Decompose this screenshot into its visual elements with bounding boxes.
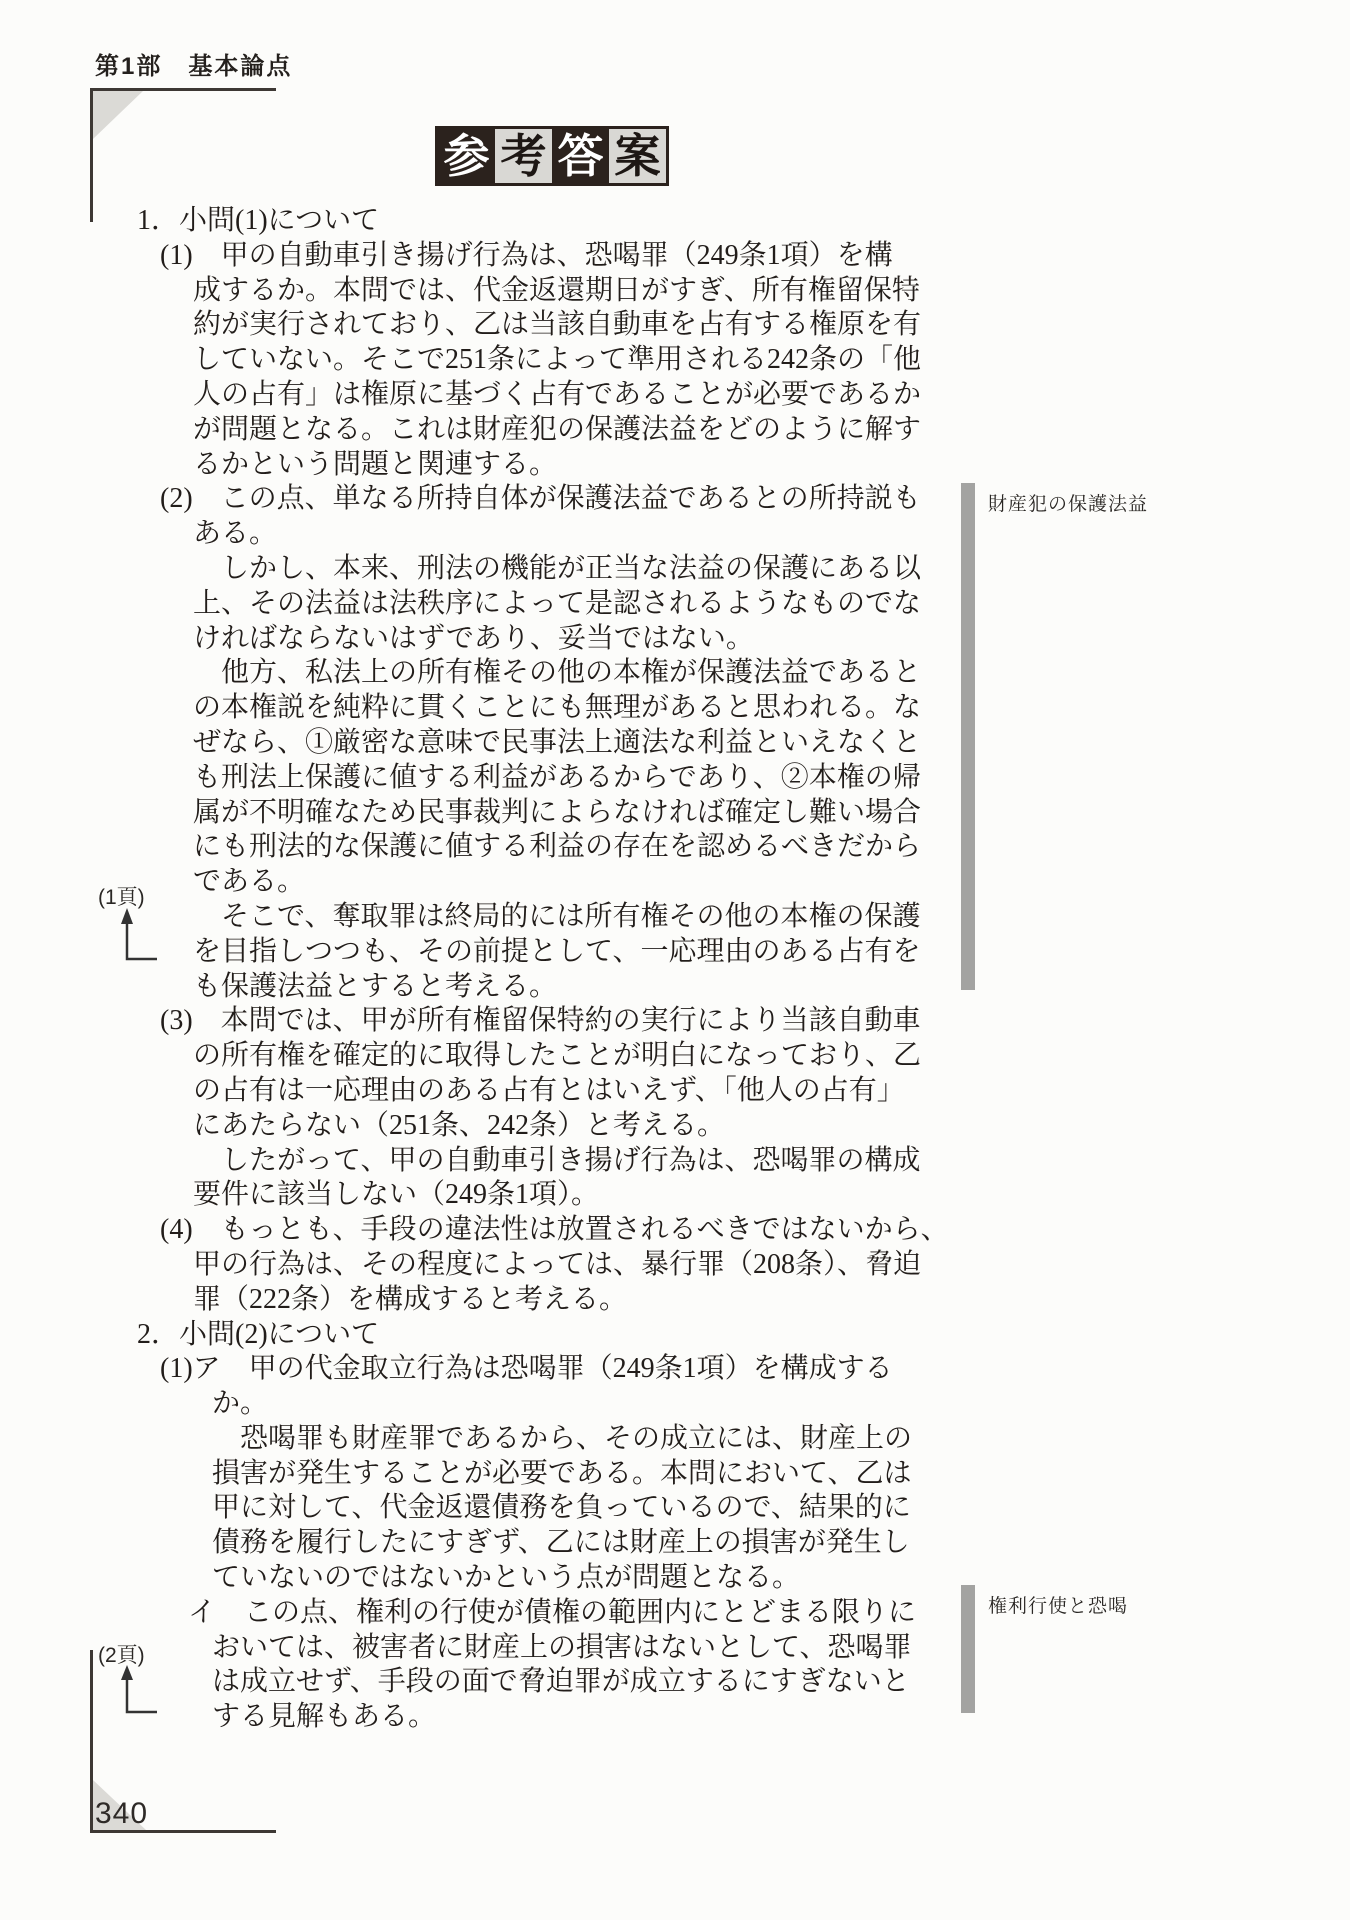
body-line: したがって、甲の自動車引き揚げ行為は、恐喝罪の構成	[193, 1144, 1000, 1179]
body-line: 2．小問(2)について	[137, 1318, 1000, 1353]
body-line: の占有は一応理由のある占有とはいえず、「他人の占有」	[193, 1074, 1000, 1109]
body-line: 他方、私法上の所有権その他の本権が保護法益であると	[193, 656, 1000, 691]
body-line: おいては、被害者に財産上の損害はないとして、恐喝罪	[212, 1631, 1000, 1666]
body-line: にあたらない（251条、242条）と考える。	[193, 1109, 1000, 1144]
side-note-label: 権利行使と恐喝	[988, 1591, 1128, 1618]
body-line: が問題となる。これは財産犯の保護法益をどのように解す	[193, 413, 1000, 448]
boxed-title: 参考答案	[435, 126, 669, 186]
body-line: 恐喝罪も財産罪であるから、その成立には、財産上の	[212, 1422, 1000, 1457]
page-ref-arrow-icon	[113, 1663, 159, 1715]
body-line: ていないのではないかという点が問題となる。	[212, 1561, 1000, 1596]
body-line: イ この点、権利の行使が債権の範囲内にとどまる限りに	[188, 1596, 1000, 1631]
body-line: ある。	[193, 517, 1000, 552]
body-line: (4) もっとも、手段の違法性は放置されるべきではないから、	[160, 1213, 1000, 1248]
page-number: 340	[95, 1797, 148, 1831]
body-line: るかという問題と関連する。	[193, 448, 1000, 483]
body-line: 甲に対して、代金返還債務を負っているので、結果的に	[212, 1491, 1000, 1526]
body-line: しかし、本来、刑法の機能が正当な法益の保護にある以	[193, 552, 1000, 587]
boxed-title-char: 参	[438, 129, 495, 183]
body-line: にも刑法的な保護に値する利益の存在を認めるべきだから	[193, 830, 1000, 865]
body-line: ければならないはずであり、妥当ではない。	[193, 622, 1000, 657]
body-line: する見解もある。	[212, 1700, 1000, 1735]
body-line: か。	[212, 1387, 1000, 1422]
body-line: (1) 甲の自動車引き揚げ行為は、恐喝罪（249条1項）を構	[160, 239, 1000, 274]
part-header: 第1部 基本論点	[95, 46, 292, 81]
side-note-bar	[961, 1585, 975, 1713]
boxed-title-char: 考	[495, 129, 552, 183]
footer-rule	[90, 1830, 276, 1833]
body-line: ぜなら、①厳密な意味で民事法上適法な利益といえなくと	[193, 726, 1000, 761]
body-line: 1．小問(1)について	[137, 204, 1000, 239]
body-line: 約が実行されており、乙は当該自動車を占有する権原を有	[193, 308, 1000, 343]
body-line: 損害が発生することが必要である。本問において、乙は	[212, 1457, 1000, 1492]
side-note-label: 財産犯の保護法益	[988, 489, 1148, 516]
body-line: 成するか。本問では、代金返還期日がすぎ、所有権留保特	[193, 274, 1000, 309]
body-line: 罪（222条）を構成すると考える。	[193, 1283, 1000, 1318]
body-line: の所有権を確定的に取得したことが明白になっており、乙	[193, 1039, 1000, 1074]
left-border-top	[90, 88, 93, 222]
body-line: も保護法益とすると考える。	[193, 970, 1000, 1005]
answer-body: 1．小問(1)について(1) 甲の自動車引き揚げ行為は、恐喝罪（249条1項）を…	[0, 204, 1000, 1735]
body-line: 要件に該当しない（249条1項）。	[193, 1178, 1000, 1213]
body-line: (3) 本問では、甲が所有権留保特約の実行により当該自動車	[160, 1004, 1000, 1039]
body-line: 人の占有」は権原に基づく占有であることが必要であるか	[193, 378, 1000, 413]
body-line: 債務を履行したにすぎず、乙には財産上の損害が発生し	[212, 1526, 1000, 1561]
body-line: (2) この点、単なる所持自体が保護法益であるとの所持説も	[160, 482, 1000, 517]
corner-triangle-top	[93, 91, 143, 139]
body-line: は成立せず、手段の面で脅迫罪が成立するにすぎないと	[212, 1665, 1000, 1700]
page-ref-arrow-icon	[113, 906, 159, 962]
body-line: 属が不明確なため民事裁判によらなければ確定し難い場合	[193, 796, 1000, 831]
body-line: していない。そこで251条によって準用される242条の「他	[193, 343, 1000, 378]
body-line: である。	[193, 865, 1000, 900]
boxed-title-char: 答	[552, 129, 609, 183]
book-page: { "page": { "header": "第1部 基本論点", "page_…	[0, 0, 1350, 1920]
side-note-bar	[961, 483, 975, 990]
body-line: も刑法上保護に値する利益があるからであり、②本権の帰	[193, 761, 1000, 796]
boxed-title-char: 案	[609, 129, 666, 183]
body-line: (1)ア 甲の代金取立行為は恐喝罪（249条1項）を構成する	[160, 1352, 1000, 1387]
left-border-bottom	[90, 1650, 93, 1833]
body-line: 上、その法益は法秩序によって是認されるようなものでな	[193, 587, 1000, 622]
header-rule	[90, 88, 276, 91]
body-line: 甲の行為は、その程度によっては、暴行罪（208条）、脅迫	[193, 1248, 1000, 1283]
body-line: そこで、奪取罪は終局的には所有権その他の本権の保護	[193, 900, 1000, 935]
body-line: の本権説を純粋に貫くことにも無理があると思われる。な	[193, 691, 1000, 726]
body-line: を目指しつつも、その前提として、一応理由のある占有を	[193, 935, 1000, 970]
